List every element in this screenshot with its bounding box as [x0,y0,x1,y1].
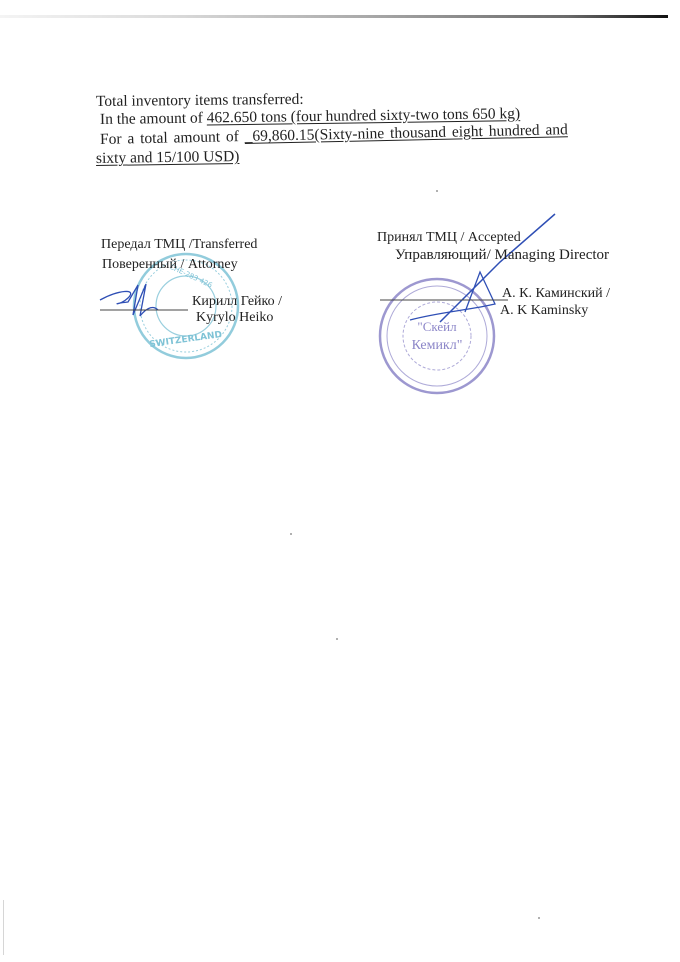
svg-text:SWITZERLAND: SWITZERLAND [149,330,223,350]
total-prefix: For a total amount of [100,128,245,148]
accepted-name-ru: А. К. Каминский / [502,285,610,302]
accepted-label: Принял ТМЦ / Accepted [377,229,521,246]
signature-left [98,280,198,320]
total-line-continued: sixty and 15/100 USD) [96,148,240,168]
attorney-label: Поверенный / Attorney [102,256,238,273]
scan-speck [336,638,338,640]
scan-left-edge [3,900,4,955]
transferred-name-en: Kyrylo Heiko [196,309,273,326]
accepted-name-en: А. K Kaminsky [500,302,588,319]
scan-speck [538,917,540,919]
amount-prefix: In the amount of [100,110,207,128]
managing-director-label: Управляющий/ Managing Director [395,247,609,264]
scan-top-edge [0,15,668,18]
total-value-continued: sixty and 15/100 USD) [96,148,240,167]
scan-speck [290,533,292,535]
transferred-name-ru: Кирилл Гейко / [192,293,282,310]
scan-speck [436,190,438,192]
svg-text:Кемикл": Кемикл" [412,338,463,353]
transferred-label: Передал ТМЦ /Transferred [101,236,257,253]
